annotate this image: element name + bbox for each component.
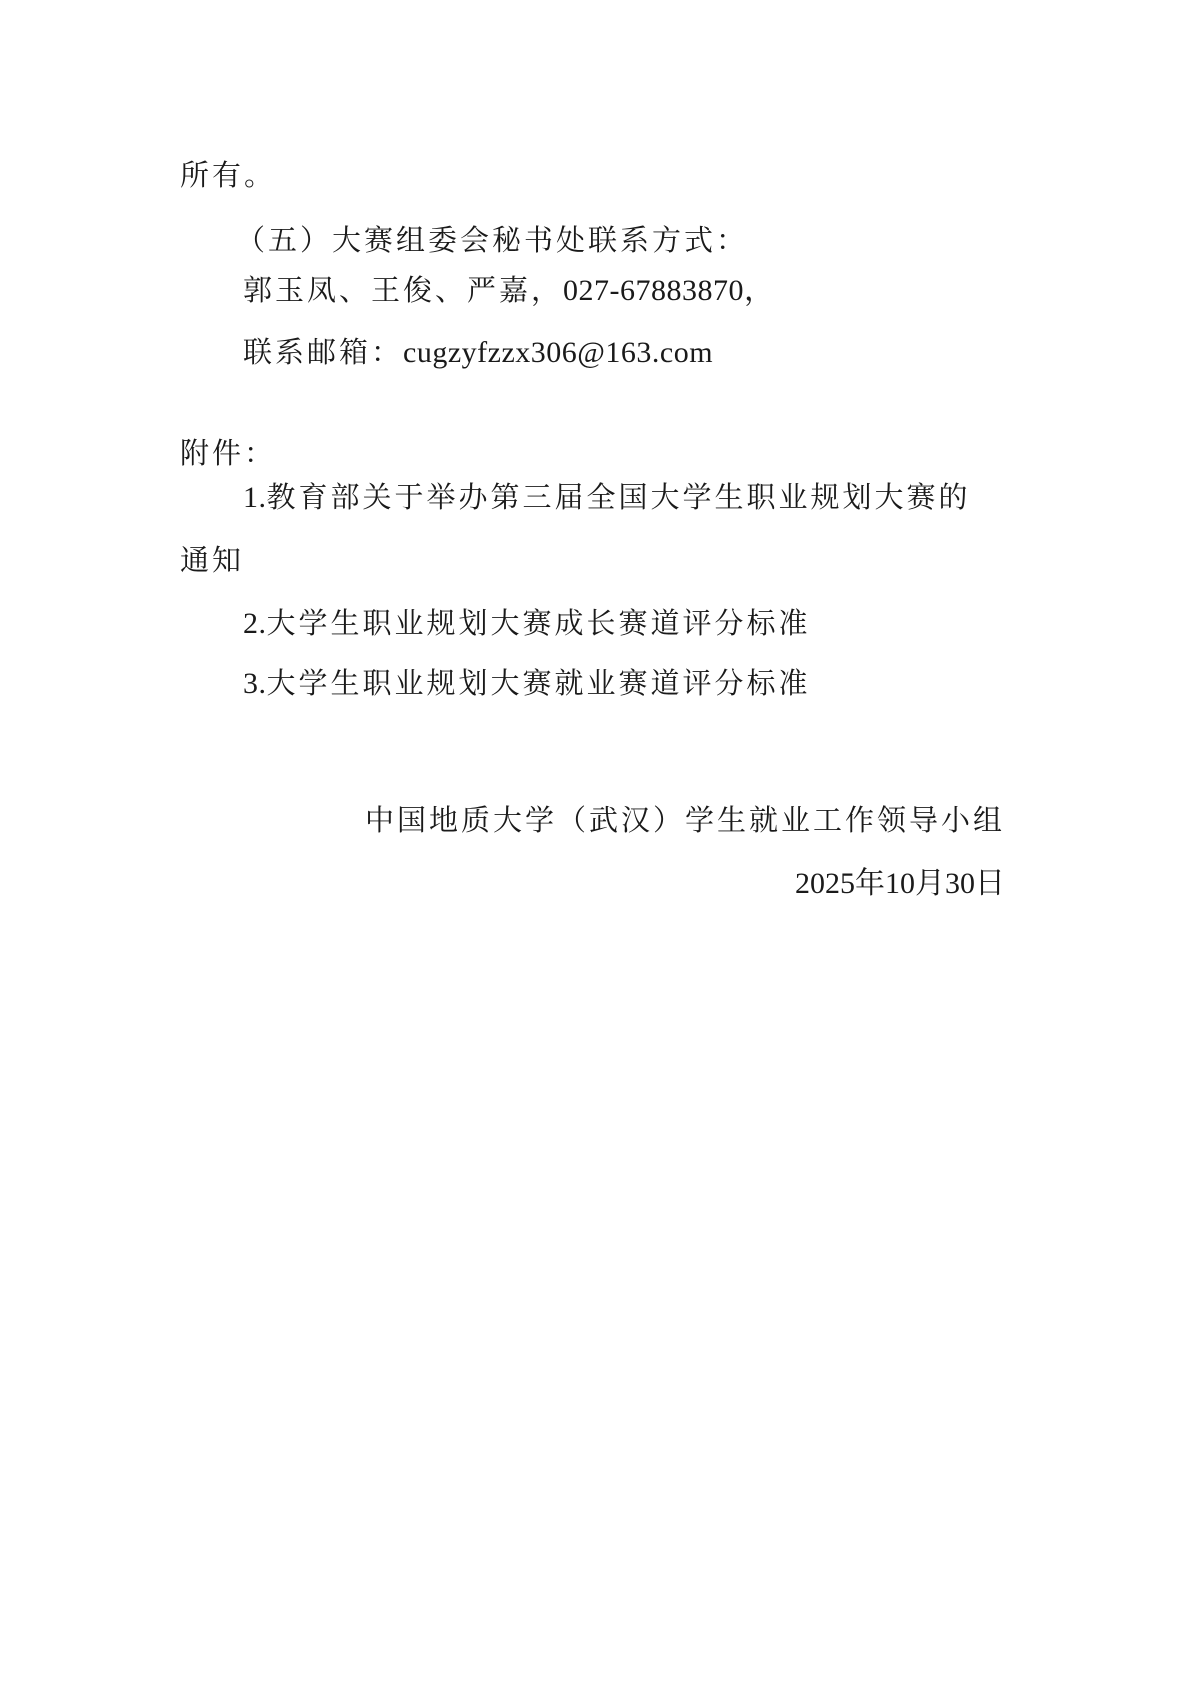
contact-names: 郭玉凤、王俊、严嘉， — [243, 273, 563, 307]
date-text: 2025年10月30日 — [795, 867, 1005, 900]
attachment-item-2: 2.大学生职业规划大赛成长赛道评分标准 — [243, 605, 811, 641]
attachment-item-3: 3.大学生职业规划大赛就业赛道评分标准 — [243, 665, 811, 701]
document-page: 所有。 （五）大赛组委会秘书处联系方式： 郭玉凤、王俊、严嘉，027-67883… — [0, 0, 1190, 1683]
email-label: 联系邮箱： — [243, 335, 403, 369]
attachment-title: 大学生职业规划大赛成长赛道评分标准 — [267, 606, 811, 640]
continuation-text: 所有。 — [180, 157, 276, 193]
signature-organization: 中国地质大学（武汉）学生就业工作领导小组 — [365, 802, 1005, 838]
email-line: 联系邮箱：cugzyfzzx306@163.com — [243, 334, 713, 370]
section-five-heading: （五）大赛组委会秘书处联系方式： — [236, 222, 748, 258]
attachments-label: 附件： — [180, 435, 276, 471]
attachment-item-1: 1.教育部关于举办第三届全国大学生职业规划大赛的 — [243, 479, 971, 515]
email-address: cugzyfzzx306@163.com — [403, 336, 713, 369]
attachment-title: 大学生职业规划大赛就业赛道评分标准 — [267, 666, 811, 700]
attachment-number: 3. — [243, 667, 267, 700]
signature-date: 2025年10月30日 — [795, 865, 1005, 901]
attachment-title: 教育部关于举办第三届全国大学生职业规划大赛的 — [267, 480, 971, 514]
attachment-item-1-continued: 通知 — [180, 542, 244, 578]
attachment-number: 1. — [243, 481, 267, 514]
contact-phone: 027-67883870， — [563, 274, 775, 307]
attachment-number: 2. — [243, 607, 267, 640]
contact-line: 郭玉凤、王俊、严嘉，027-67883870， — [243, 272, 775, 308]
